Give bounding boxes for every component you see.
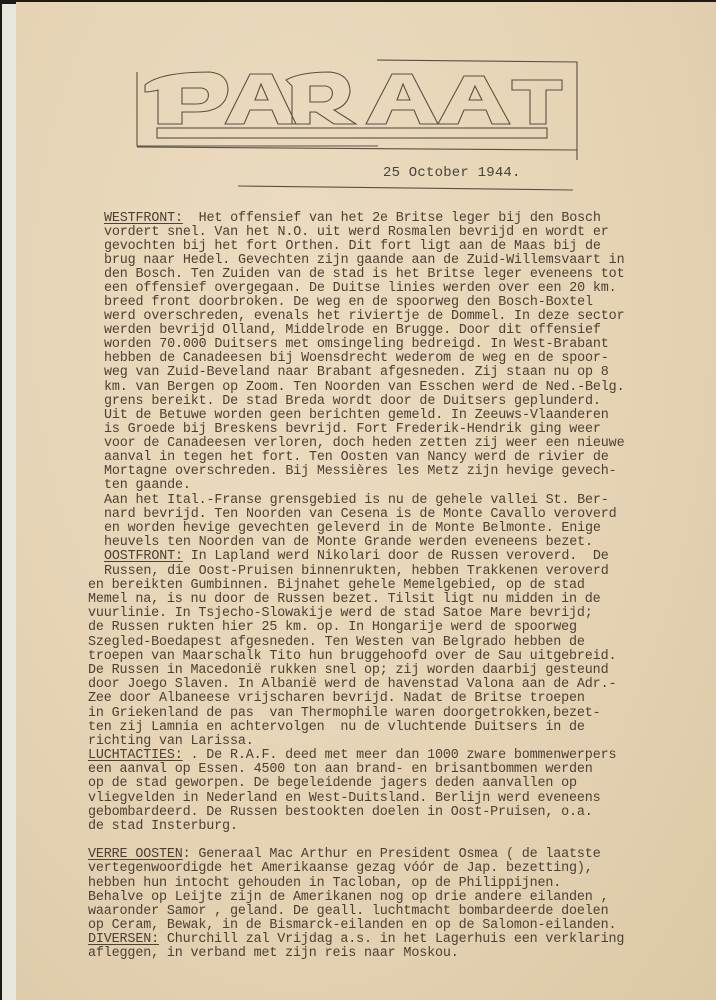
line-text: hebben de Canadeesen bij Woensdrecht wed…	[104, 351, 609, 366]
text-line: troepen van Maarschalk Tito hun bruggeho…	[88, 650, 616, 664]
line-text: werden bevrijd Olland, Middelrode en Bru…	[104, 323, 601, 338]
text-line: Aan het Ital.-Franse grensgebied is nu d…	[104, 494, 609, 508]
line-text: waaronder Samor , geland. De geall. luch…	[88, 904, 608, 919]
line-text: worden 70.000 Duitsers met omsingeling b…	[104, 337, 609, 352]
text-line: voor de Canadeesen verloren, doch heden …	[104, 437, 624, 451]
text-line: vuurlinie. In Tsjecho-Slowakije werd de …	[88, 607, 593, 621]
line-text: breed front doorbroken. De weg en de spo…	[104, 295, 593, 310]
line-text: De Russen in Macedonië rukken snel op; z…	[88, 663, 608, 678]
line-text: aanval in tegen het fort. Ten Oosten van…	[104, 450, 609, 465]
line-text: Uit de Betuwe worden geen berichten geme…	[104, 408, 609, 423]
line-text: en bereikten Gumbinnen. Bijnahet gehele …	[88, 578, 585, 593]
text-line: Zee door Albaneese vrijscharen bevrijd. …	[88, 692, 585, 706]
line-text: Szegled-Boedapest afgesneden. Ten Westen…	[88, 635, 585, 650]
line-text: hebben hun intocht gehouden in Tacloban,…	[88, 876, 561, 891]
line-text: Het offensief van het 2e Britse leger bi…	[183, 211, 601, 226]
section-heading: LUCHTACTIES:	[88, 748, 183, 763]
text-line: heuvels ten Noorden van de Monte Grande …	[104, 536, 593, 550]
text-line: een aanval op Essen. 4500 ton aan brand-…	[88, 763, 593, 777]
text-line: Memel na, is nu door de Russen bezet. Ti…	[88, 593, 601, 607]
line-text: voor de Canadeesen verloren, doch heden …	[104, 436, 624, 451]
line-text: . De R.A.F. deed met meer dan 1000 zware…	[183, 748, 617, 763]
text-line: en bereikten Gumbinnen. Bijnahet gehele …	[88, 579, 585, 593]
text-line: Szegled-Boedapest afgesneden. Ten Westen…	[88, 636, 585, 650]
text-line: gebombardeerd. De Russen bestookten doel…	[88, 806, 593, 820]
line-text: den Bosch. Ten Zuiden van de stad is het…	[104, 267, 624, 282]
section-heading: OOSTFRONT:	[104, 549, 183, 564]
text-line: breed front doorbroken. De weg en de spo…	[104, 296, 593, 310]
text-line: werd overschreden, evenals het riviertje…	[104, 310, 624, 324]
line-text: op de stad geworpen. De begeleidende jag…	[88, 776, 577, 791]
line-text: nard bevrijd. Ten Noorden van Cesena is …	[104, 507, 617, 522]
text-line: vordert snel. Van het N.O. uit werd Rosm…	[104, 226, 609, 240]
text-line: waaronder Samor , geland. De geall. luch…	[88, 905, 608, 919]
line-text: Churchill zal Vrijdag a.s. in het Lagerh…	[159, 932, 624, 947]
text-line: op Ceram, Bewak, in de Bismarck-eilanden…	[88, 919, 616, 933]
line-text: Mortagne overschreden. Bij Messières les…	[104, 464, 617, 479]
text-line: De Russen in Macedonië rukken snel op; z…	[88, 664, 608, 678]
line-text: is Groede bij Breskens bevrijd. Fort Fre…	[104, 422, 601, 437]
text-line: in Griekenland de pas van Thermophile wa…	[88, 707, 601, 721]
line-text: ten gaande.	[104, 478, 191, 493]
text-line: Russen, die Oost-Pruisen binnenrukten, h…	[104, 565, 609, 579]
line-text: km. van Bergen op Zoom. Ten Noorden van …	[104, 380, 624, 395]
line-text: Aan het Ital.-Franse grensgebied is nu d…	[104, 493, 609, 508]
masthead: PARAAT 25 October 1944.	[0, 0, 716, 200]
text-line: Mortagne overschreden. Bij Messières les…	[104, 465, 617, 479]
text-line: worden 70.000 Duitsers met omsingeling b…	[104, 338, 609, 352]
line-text: in Griekenland de pas van Thermophile wa…	[88, 706, 601, 721]
line-text: grens bereikt. De stad Breda wordt door …	[104, 394, 601, 409]
text-line: door Joego Slaven. In Albanië werd de ha…	[88, 678, 616, 692]
line-text: Russen, die Oost-Pruisen binnenrukten, h…	[104, 564, 609, 579]
text-line: Uit de Betuwe worden geen berichten geme…	[104, 409, 609, 423]
line-text: werd overschreden, evenals het riviertje…	[104, 309, 624, 324]
text-line: gevochten bij het fort Orthen. Dit fort …	[104, 240, 601, 254]
text-line: werden bevrijd Olland, Middelrode en Bru…	[104, 324, 601, 338]
line-text: een aanval op Essen. 4500 ton aan brand-…	[88, 762, 593, 777]
line-text: de stad Insterburg.	[88, 819, 238, 834]
section-line: WESTFRONT: Het offensief van het 2e Brit…	[104, 212, 601, 226]
line-text: vuurlinie. In Tsjecho-Slowakije werd de …	[88, 606, 593, 621]
section-line: VERRE OOSTEN: Generaal Mac Arthur en Pre…	[88, 848, 601, 862]
section-heading: WESTFRONT:	[104, 211, 183, 226]
text-line: hebben hun intocht gehouden in Tacloban,…	[88, 877, 561, 891]
text-line: en worden hevige gevechten geleverd in d…	[104, 522, 601, 536]
text-line: ten gaande.	[104, 479, 191, 493]
line-text: Behalve op Leijte zijn de Amerikanen nog…	[88, 890, 608, 905]
line-text: afleggen, in verband met zijn reis naar …	[88, 946, 459, 961]
line-text: In Lapland werd Nikolari door de Russen …	[183, 549, 609, 564]
line-text: gevochten bij het fort Orthen. Dit fort …	[104, 239, 601, 254]
section-line: LUCHTACTIES: . De R.A.F. deed met meer d…	[88, 749, 616, 763]
line-text: een offensief overgegaan. De Duitse lini…	[104, 281, 617, 296]
text-line: brug naar Hedel. Gevechten zijn gaande a…	[104, 254, 624, 268]
text-line: de Russen rukten hier 25 km. op. In Hong…	[88, 621, 577, 635]
text-line: afleggen, in verband met zijn reis naar …	[88, 947, 459, 961]
line-text: vertegenwoordigde het Amerikaanse gezag …	[88, 861, 593, 876]
line-text: Zee door Albaneese vrijscharen bevrijd. …	[88, 691, 585, 706]
line-text: en worden hevige gevechten geleverd in d…	[104, 521, 601, 536]
line-text: richting van Larissa.	[88, 734, 254, 749]
issue-date: 25 October 1944.	[383, 165, 521, 181]
text-line: richting van Larissa.	[88, 735, 254, 749]
text-line: de stad Insterburg.	[88, 820, 238, 834]
text-line: een offensief overgegaan. De Duitse lini…	[104, 282, 617, 296]
section-line: DIVERSEN: Churchill zal Vrijdag a.s. in …	[88, 933, 624, 947]
line-text: weg van Zuid-Beveland naar Brabant afges…	[104, 365, 609, 380]
line-text: vordert snel. Van het N.O. uit werd Rosm…	[104, 225, 609, 240]
line-text: vliegvelden in Nederland en West-Duitsla…	[88, 791, 601, 806]
line-text: de Russen rukten hier 25 km. op. In Hong…	[88, 620, 577, 635]
text-line: grens bereikt. De stad Breda wordt door …	[104, 395, 601, 409]
section-heading: VERRE OOSTEN	[88, 847, 183, 862]
line-text: : Generaal Mac Arthur en President Osmea…	[183, 847, 601, 862]
text-line: weg van Zuid-Beveland naar Brabant afges…	[104, 366, 609, 380]
section-heading: DIVERSEN:	[88, 932, 159, 947]
line-text: Memel na, is nu door de Russen bezet. Ti…	[88, 592, 601, 607]
text-line: hebben de Canadeesen bij Woensdrecht wed…	[104, 352, 609, 366]
masthead-logo: PARAAT	[0, 0, 716, 200]
text-line: ten zij Lamnia en achtervolgen nu de vlu…	[88, 721, 585, 735]
line-text: troepen van Maarschalk Tito hun bruggeho…	[88, 649, 616, 664]
line-text: brug naar Hedel. Gevechten zijn gaande a…	[104, 253, 624, 268]
text-line: Behalve op Leijte zijn de Amerikanen nog…	[88, 891, 608, 905]
text-line: is Groede bij Breskens bevrijd. Fort Fre…	[104, 423, 601, 437]
line-text: op Ceram, Bewak, in de Bismarck-eilanden…	[88, 918, 616, 933]
line-text: heuvels ten Noorden van de Monte Grande …	[104, 535, 593, 550]
text-line: aanval in tegen het fort. Ten Oosten van…	[104, 451, 609, 465]
text-line: vliegvelden in Nederland en West-Duitsla…	[88, 792, 601, 806]
section-line: OOSTFRONT: In Lapland werd Nikolari door…	[104, 550, 609, 564]
line-text: gebombardeerd. De Russen bestookten doel…	[88, 805, 593, 820]
text-line: nard bevrijd. Ten Noorden van Cesena is …	[104, 508, 617, 522]
text-line: op de stad geworpen. De begeleidende jag…	[88, 777, 577, 791]
text-line: km. van Bergen op Zoom. Ten Noorden van …	[104, 381, 624, 395]
line-text: ten zij Lamnia en achtervolgen nu de vlu…	[88, 720, 585, 735]
text-line: den Bosch. Ten Zuiden van de stad is het…	[104, 268, 624, 282]
text-line: vertegenwoordigde het Amerikaanse gezag …	[88, 862, 593, 876]
line-text: door Joego Slaven. In Albanië werd de ha…	[88, 677, 616, 692]
